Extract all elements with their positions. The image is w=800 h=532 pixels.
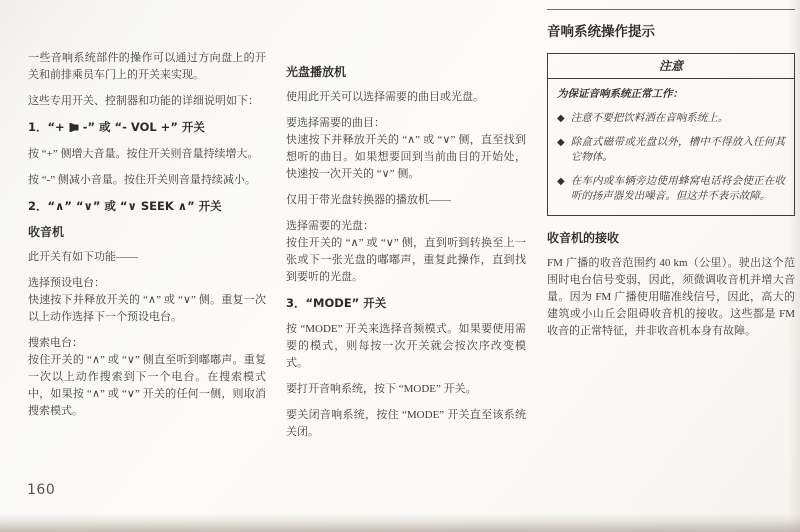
notice-bullet-text: 注意不要把饮料洒在音响系统上。 [571, 111, 729, 126]
select-disc-body: 按住开关的 “∧” 或 “∨” 侧，直到听到转换至上一张或下一张光盘的嘟嘟声，重… [286, 235, 526, 286]
cd-intro: 使用此开关可以选择需要的曲目或光盘。 [286, 89, 526, 106]
diamond-bullet-icon: ◆ [557, 135, 565, 165]
preset-station-label: 选择预设电台： [28, 275, 266, 292]
notice-title: 注意 [548, 54, 794, 79]
mode-paragraph-3: 要关闭音响系统，按住 “MODE” 开关直至该系统关闭。 [286, 407, 526, 441]
seek-station-body: 按住开关的 “∧” 或 “∨” 侧直至听到嘟嘟声。重复一次以上动作搜索到下一个电… [28, 352, 266, 420]
notice-bullet-text: 除盒式磁带或光盘以外，槽中不得放入任何其它物体。 [571, 135, 785, 165]
select-track-label: 要选择需要的曲目： [286, 115, 526, 132]
diamond-bullet-icon: ◆ [557, 111, 565, 126]
notice-box: 注意 为保证音响系统正常工作： ◆ 注意不要把饮料洒在音响系统上。 ◆ 除盒式磁… [547, 53, 795, 216]
radio-reception-heading: 收音机的接收 [547, 230, 795, 246]
left-column: 一些音响系统部件的操作可以通过方向盘上的开关和前排乘员车门上的开关来实现。 这些… [28, 50, 266, 429]
notice-bullet-3: ◆ 在车内或车辆旁边使用蜂窝电话将会使正在收听的扬声器发出噪音。但这并不表示故障… [557, 174, 785, 204]
mode-paragraph-2: 要打开音响系统，按下 “MODE” 开关。 [286, 381, 526, 398]
intro-paragraph: 一些音响系统部件的操作可以通过方向盘上的开关和前排乘员车门上的开关来实现。 [28, 50, 266, 84]
volume-down-paragraph: 按 “-” 侧减小音量。按住开关则音量持续减小。 [28, 172, 266, 189]
notice-intro: 为保证音响系统正常工作： [557, 87, 785, 102]
middle-column: 光盘播放机 使用此开关可以选择需要的曲目或光盘。 要选择需要的曲目： 快速按下并… [286, 60, 526, 450]
cd-player-heading: 光盘播放机 [286, 64, 526, 80]
radio-reception-body: FM 广播的收音范围约 40 km（公里）。驶出这个范围时电台信号变弱，因此，须… [547, 255, 795, 340]
section-1-heading-before: 1．“+ [28, 120, 69, 134]
volume-up-paragraph: 按 “+” 侧增大音量。按住开关则音量持续增大。 [28, 146, 266, 163]
seek-station-label: 搜索电台： [28, 335, 266, 352]
mode-paragraph-1: 按 “MODE” 开关来选择音频模式。如果要使用需要的模式，则每按一次开关就会按… [286, 321, 526, 372]
select-disc-label: 选择需要的光盘： [286, 218, 526, 235]
page-title: 音响系统操作提示 [547, 23, 795, 41]
notice-bullet-2: ◆ 除盒式磁带或光盘以外，槽中不得放入任何其它物体。 [557, 135, 785, 165]
intro-paragraph-2: 这些专用开关、控制器和功能的详细说明如下： [28, 93, 266, 110]
page-number: 160 [27, 482, 55, 498]
speaker-icon [69, 120, 79, 136]
section-1-heading: 1．“+ -” 或 “- VOL +” 开关 [28, 119, 266, 136]
notice-body: 为保证音响系统正常工作： ◆ 注意不要把饮料洒在音响系统上。 ◆ 除盒式磁带或光… [548, 79, 794, 215]
right-column: 音响系统操作提示 注意 为保证音响系统正常工作： ◆ 注意不要把饮料洒在音响系统… [547, 9, 795, 349]
diamond-bullet-icon: ◆ [557, 174, 565, 204]
radio-intro: 此开关有如下功能—— [28, 249, 266, 266]
disc-changer-note: 仅用于带光盘转换器的播放机—— [286, 192, 526, 209]
section-2-heading: 2．“∧” “∨” 或 “∨ SEEK ∧” 开关 [28, 198, 266, 214]
notice-bullet-text: 在车内或车辆旁边使用蜂窝电话将会使正在收听的扬声器发出噪音。但这并不表示故障。 [571, 174, 785, 204]
section-1-heading-after: -” 或 “- VOL +” 开关 [79, 120, 205, 134]
notice-bullet-1: ◆ 注意不要把饮料洒在音响系统上。 [557, 111, 785, 126]
preset-station-body: 快速按下并释放开关的 “∧” 或 “∨” 侧。重复一次以上动作选择下一个预设电台… [28, 292, 266, 326]
select-track-body: 快速按下并释放开关的 “∧” 或 “∨” 侧，直至找到想听的曲目。如果想要回到当… [286, 132, 526, 183]
mode-switch-heading: 3．“MODE” 开关 [286, 295, 526, 311]
section-divider-rule [547, 9, 795, 10]
radio-heading: 收音机 [28, 224, 266, 240]
